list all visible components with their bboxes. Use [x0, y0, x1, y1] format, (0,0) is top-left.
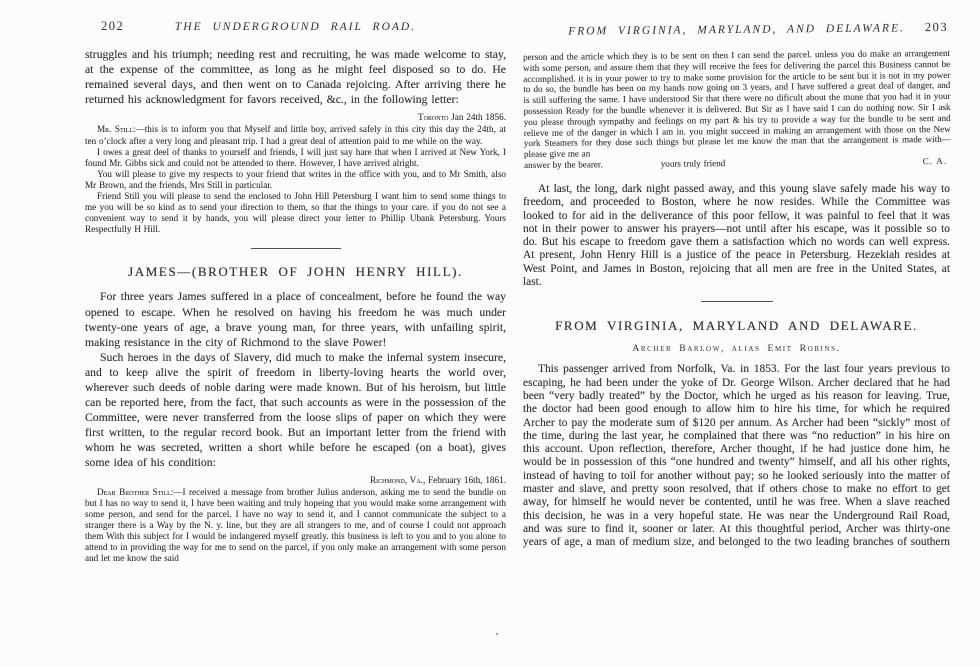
- letter-dateline-place: Toronto: [418, 112, 449, 122]
- intro-paragraph: struggles and his triumph; needing rest …: [85, 47, 506, 107]
- letter-dateline: Toronto Jan 24th 1856.: [85, 112, 506, 123]
- letter-richmond: Richmond, Va., February 16th, 1861. Dear…: [85, 475, 506, 565]
- letter-dateline-place: Richmond, Va.,: [370, 475, 425, 485]
- letter-continuation: person and the article which they is to …: [523, 48, 951, 160]
- letter-continuation-block: person and the article which they is to …: [523, 48, 951, 171]
- virginia-section-heading: FROM VIRGINIA, MARYLAND AND DELAWARE.: [523, 318, 950, 334]
- section-divider: [251, 248, 341, 249]
- letter-dateline-date: February 16th, 1861.: [425, 475, 506, 485]
- letter-paragraph: Dear Brother Still:—I received a message…: [85, 487, 506, 565]
- page-number-right: 203: [906, 20, 950, 35]
- running-title-right: FROM VIRGINIA, MARYLAND, AND DELAWARE.: [567, 22, 906, 37]
- running-head-left: 202 THE UNDERGROUND RAIL ROAD.: [85, 19, 506, 34]
- letter-paragraph: Mr. Still:—this is to inform you that My…: [85, 124, 506, 146]
- letter-last-line: answer by the bearer.: [524, 159, 603, 171]
- letter-signature: C. A.: [923, 156, 952, 167]
- james-paragraph-2: Such heroes in the days of Slavery, did …: [85, 350, 506, 471]
- scan-speck: ’: [495, 631, 499, 643]
- letter-paragraph-text: —I received a message from brother Juliu…: [85, 487, 506, 564]
- archer-subheading: Archer Barlow, alias Emit Robins.: [523, 343, 950, 354]
- letter-signoff: yours truly friend: [661, 158, 726, 170]
- james-paragraph-1: For three years James suffered in a plac…: [85, 289, 506, 349]
- running-head-right: FROM VIRGINIA, MARYLAND, AND DELAWARE. 2…: [523, 20, 950, 39]
- james-section-heading: JAMES—(BROTHER OF JOHN HENRY HILL).: [85, 264, 506, 280]
- page-number-left: 202: [85, 19, 129, 34]
- section-divider: [701, 301, 773, 302]
- letter-paragraph: Friend Still you will please to send the…: [85, 191, 506, 235]
- running-title-left: THE UNDERGROUND RAIL ROAD.: [129, 21, 462, 33]
- letter-toronto: Toronto Jan 24th 1856. Mr. Still:—this i…: [85, 112, 506, 235]
- letter-paragraph: You will please to give my respects to y…: [85, 169, 506, 191]
- page-right: FROM VIRGINIA, MARYLAND, AND DELAWARE. 2…: [523, 24, 950, 550]
- closing-paragraph: At last, the long, dark night passed awa…: [523, 183, 950, 289]
- letter-salutation: Dear Brother Still:: [97, 487, 173, 497]
- letter-dateline: Richmond, Va., February 16th, 1861.: [85, 475, 506, 486]
- page-left: 202 THE UNDERGROUND RAIL ROAD. struggles…: [85, 19, 506, 564]
- archer-paragraph: This passenger arrived from Norfolk, Va.…: [523, 363, 950, 549]
- letter-paragraph-text: —this is to inform you that Myself and l…: [85, 124, 506, 145]
- letter-salutation: Mr. Still:: [97, 124, 136, 134]
- letter-dateline-date: Jan 24th 1856.: [448, 112, 506, 122]
- letter-paragraph: I owes a great deel of thanks to yoursel…: [85, 147, 506, 169]
